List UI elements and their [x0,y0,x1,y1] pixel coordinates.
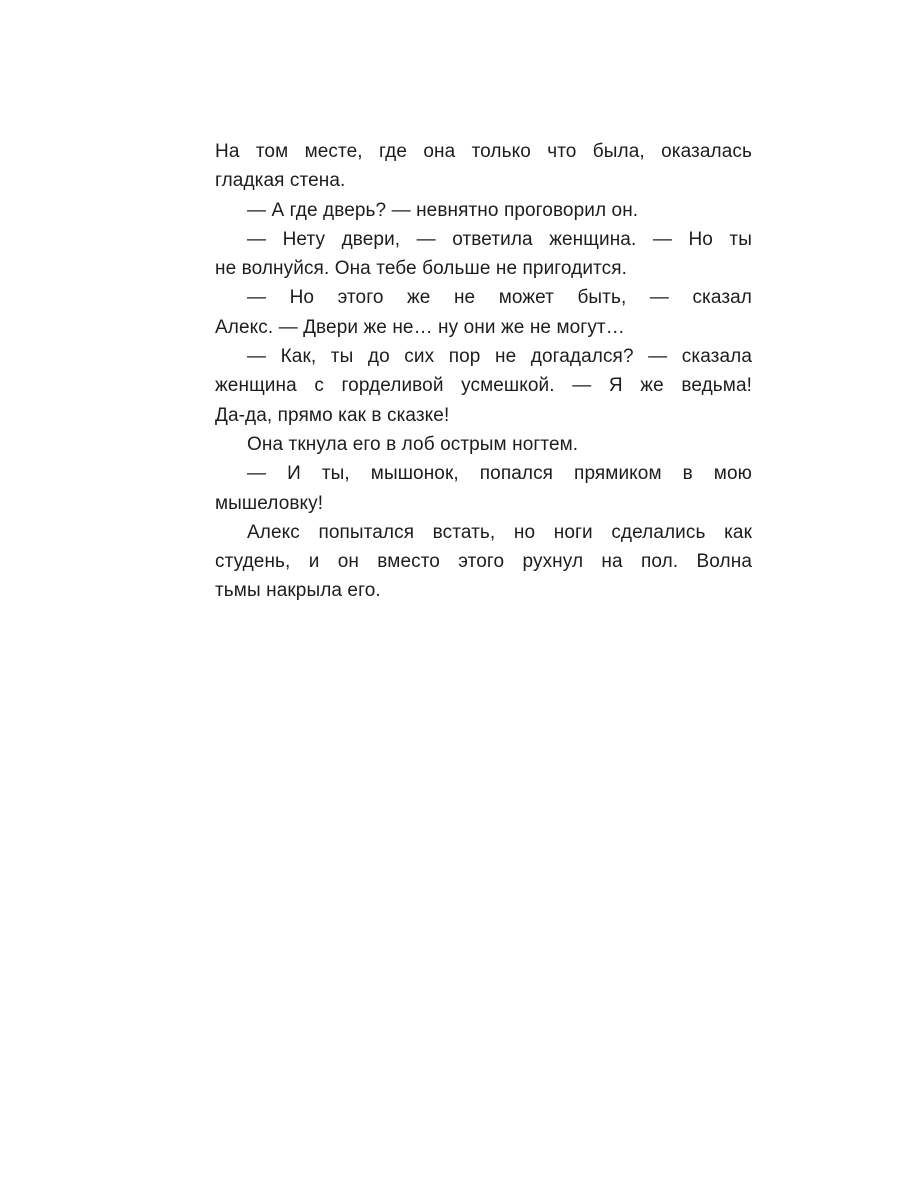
paragraph: — И ты, мышонок, попался прямиком в моюм… [215,459,752,518]
text-line: женщина с горделивой усмешкой. — Я же ве… [215,371,752,400]
text-line: Она ткнула его в лоб острым ногтем. [215,430,752,459]
paragraph: — Но этого же не может быть, — сказалАле… [215,283,752,342]
paragraph: На том месте, где она только что была, о… [215,137,752,196]
text-line: На том месте, где она только что была, о… [215,137,752,166]
text-line: мышеловку! [215,489,752,518]
text-line: — А где дверь? — невнятно проговорил он. [215,196,752,225]
paragraph: — А где дверь? — невнятно проговорил он. [215,196,752,225]
text-line: — И ты, мышонок, попался прямиком в мою [215,459,752,488]
text-line: — Нету двери, — ответила женщина. — Но т… [215,225,752,254]
text-line: Алекс. — Двери же не… ну они же не могут… [215,313,752,342]
book-page: На том месте, где она только что была, о… [0,0,900,1200]
text-line: тьмы накрыла его. [215,576,752,605]
text-line: — Но этого же не может быть, — сказал [215,283,752,312]
page-text-block: На том месте, где она только что была, о… [215,137,752,606]
text-line: Алекс попытался встать, но ноги сделалис… [215,518,752,547]
paragraph: Алекс попытался встать, но ноги сделалис… [215,518,752,606]
text-line: — Как, ты до сих пор не догадался? — ска… [215,342,752,371]
text-line: студень, и он вместо этого рухнул на пол… [215,547,752,576]
text-line: не волнуйся. Она тебе больше не пригодит… [215,254,752,283]
paragraph: Она ткнула его в лоб острым ногтем. [215,430,752,459]
text-line: гладкая стена. [215,166,752,195]
paragraph: — Нету двери, — ответила женщина. — Но т… [215,225,752,284]
text-line: Да-да, прямо как в сказке! [215,401,752,430]
paragraph: — Как, ты до сих пор не догадался? — ска… [215,342,752,430]
